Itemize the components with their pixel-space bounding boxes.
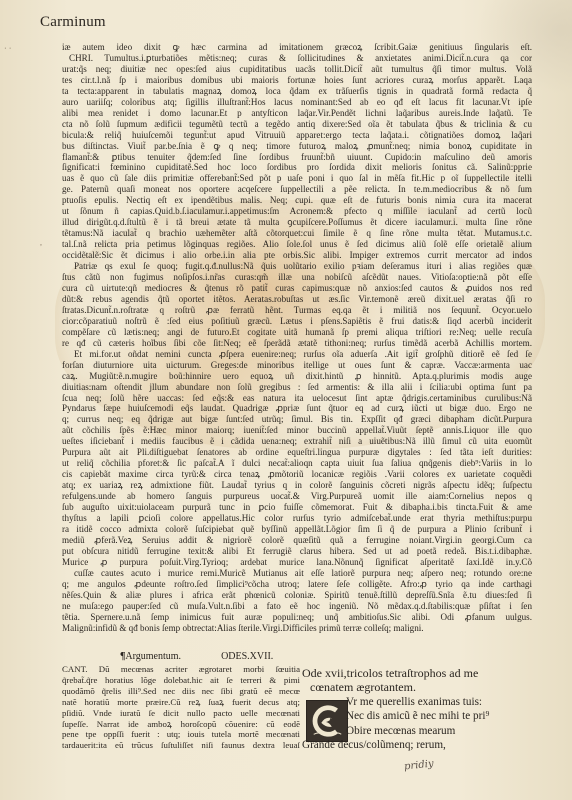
text-line: q; currus neq; eq q̃drigæ aut bigæ ſunt:… xyxy=(62,414,532,425)
text-line: cta nõ ſolũ ſupmum ædificii tegumẽtũ tec… xyxy=(62,119,532,130)
text-line: alibi mea renidet i domo lacunar.Et p an… xyxy=(62,108,532,119)
text-line: ſtratas.Dicunt̃.n.roſtratæ q roſtrũ ꝓæ f… xyxy=(62,305,532,316)
text-line: tardauerit:ita eũ trũcus ſuſtuliſſet niſ… xyxy=(62,740,300,751)
text-line: compẽſare cũ lætis:neq; angi de futuro.E… xyxy=(62,327,532,338)
text-line: pene tpe oppſſi fuerit : utq; iouis tute… xyxy=(62,729,300,740)
argumentum-caption: ¶Argumentum. xyxy=(120,651,181,662)
text-line: ptuoſis epulis. Nectiq eſt ex ipendẽtibu… xyxy=(62,195,532,206)
text-line: bus diſtinctas. Viuit̃ par.be.ſnia ẽ ꝙ q… xyxy=(62,141,532,152)
verse-line: Nec dis amicũ ẽ nec mihi te pri⁹ xyxy=(302,709,542,723)
text-line: refulgens.unde ab homero ſanguis purpure… xyxy=(62,491,532,502)
verse-line: Obire mecœnas mearum xyxy=(302,724,542,738)
margin-mark: , xyxy=(40,238,42,247)
text-line: nẽſes.Quin & aliæ plures i africa erãt p… xyxy=(62,590,532,601)
text-line: ſupeſſe. Narrat ide amboꝝ horoſcopũ cõue… xyxy=(62,719,300,730)
text-line: mediũ ꝓferã.Veꝝ Seruius addit & nigriorẽ… xyxy=(62,535,532,546)
margin-mark: ⋅ ⋅ xyxy=(4,44,11,53)
text-line: thyſtus a lapili ꝑcioſi colore appellatu… xyxy=(62,513,532,524)
verse-line: Grande decus/colũmenq; rerum, xyxy=(302,738,542,752)
text-line: uas ẽ quo cũ ſale diis primitiæ offereba… xyxy=(62,173,532,184)
caption-row: ¶Argumentum. ODES.XVII. xyxy=(120,651,420,662)
text-line: ſtus cãtũ non fugimus noſipſos.i.nr̃as c… xyxy=(62,272,532,283)
text-line: ta tecta:apparent in tabulatis magnaꝝ do… xyxy=(62,86,532,97)
text-line: ne muſa:ego pauper:ſed cũ muſa.Vult.n.ſi… xyxy=(62,601,532,612)
text-line: caꝝ. Mugiũt:ẽ.n.mugire boũ:hinnire uero … xyxy=(62,371,532,382)
text-line: tẽtamus:Nã iaculat̃ q brachio uæhemẽter … xyxy=(62,228,532,239)
text-line: ge. Paternũ quaſi moneat nos oportere ac… xyxy=(62,184,532,195)
text-line: natẽ horatiũ morte præire.Cũ reꝝ ſuaꝝ fu… xyxy=(62,697,300,708)
text-line: Patriæ qs exul ſe quoq; fugit.q.đ.nullus… xyxy=(62,261,532,272)
text-line: auro uariiſq; coloribus atq; ſigillis il… xyxy=(62,97,532,108)
verse-line: Vr me querellis exanimas tuis: xyxy=(302,695,542,709)
text-line: tẽtia. Spernere.u.nã ſemp inimicus fuit … xyxy=(62,612,532,623)
text-line: CHRI. Tumultus.i.ꝑturbatiões mẽtis:neq; … xyxy=(62,53,532,64)
text-line: ſub auguſto uixit:uiolaceam purpurã tunc… xyxy=(62,502,532,513)
text-line: q; me angulos ꝓdeunte roſtro.ſed ſimplic… xyxy=(62,579,532,590)
text-line: Murice ꝓ purpura poſuit.Virg.Tyrioq; ard… xyxy=(62,557,532,568)
text-line: cis capiebãt maxime circa tyrũ:& circa t… xyxy=(62,469,532,480)
text-line: ra itidẽ cocco admixta colorẽ ſuſcipieba… xyxy=(62,524,532,535)
text-line: quodãmõ q̃relis illi⁹.Sed nec diis nec ſ… xyxy=(62,686,300,697)
text-line: occidẽtalẽ:Sic ẽt dicimus i alio orbe.i.… xyxy=(62,250,532,261)
text-line: ſignificat:i fœminino cupiditatẽ.Sed hoc… xyxy=(62,162,532,173)
text-line: illud dirigũt.q.d.ſtultũ ẽ i tã breui æt… xyxy=(62,217,532,228)
text-line: forſan diuturniore uita uicturum. Greges… xyxy=(62,360,532,371)
text-line: ut ſõnum ñ capias.Quid.b.ſ.iaculamur.i.a… xyxy=(62,206,532,217)
text-line: dũt:& rebus agendis q̃tũ oportet itẽtos.… xyxy=(62,294,532,305)
text-line: urat:q̃s neq; diuitiæ nec opes:ſed aius … xyxy=(62,64,532,75)
text-line: cior:cõparatiuũ noſtrũ ẽ :ſed eius poſit… xyxy=(62,316,532,327)
text-line: aũt cõchilis ſpẽs ẽ:Hæc minor maiorq; iu… xyxy=(62,425,532,436)
text-line: bicula:& reliq̃ huiuſcemõi tegunt̃:ut ap… xyxy=(62,130,532,141)
text-line: put obſcura nitidũ ferrugine texit:& ali… xyxy=(62,546,532,557)
text-line: ueſtes iſiciebant̃ i mediis faucibus ẽ i… xyxy=(62,436,532,447)
ode-verses: Vr me querellis exanimas tuis: Nec dis a… xyxy=(302,695,542,753)
text-line: cura cũ uirtute:qñ mediocres & q̃tenus r… xyxy=(62,283,532,294)
text-line: Purpura aũt ait Pli.diſtiguebat ſenatore… xyxy=(62,447,532,458)
ode-title-line-1: Ode xvii,tricolos tetraſtrophos ad me xyxy=(302,666,542,680)
text-line: Et mi.for.ut oñdat nemini cuncta ꝓſpera … xyxy=(62,349,532,360)
commentary-block: iæ autem ideo dixit ꝙ hæc carmina ad imi… xyxy=(62,42,532,633)
text-line: flamant̃:& ꝑtibus tenuiter q̃dem:ſed ſin… xyxy=(62,152,532,163)
text-line: cuſſæ cautes acuto i murice remi.Muricẽ … xyxy=(62,568,532,579)
text-line: atq; ex uariaꝝ reꝝ admixtione fiũt. Laud… xyxy=(62,480,532,491)
ode-title: Ode xvii,tricolos tetraſtrophos ad me cœ… xyxy=(302,666,542,694)
text-line: CANT. Dũ mecœnas acriter ægrotaret morbi… xyxy=(62,664,300,675)
running-head: Carminum xyxy=(40,14,106,31)
text-line: diuitias:nam oſtendit jllum abundare non… xyxy=(62,382,532,393)
argument-block: CANT. Dũ mecœnas acriter ægrotaret morbi… xyxy=(62,664,300,751)
text-line: ut reliq̃ cõchilia pforet:& ſic paſcat̃.… xyxy=(62,458,532,469)
text-line: tal.ſ.nã relicta pria petimus lõginquas … xyxy=(62,239,532,250)
text-line: ſcua neq; ſolũ hẽre uaccas: ſed eq̃s:& e… xyxy=(62,393,532,404)
text-line: Pyndarus ſæpe huiuſcemodi eq̃s laudat. Q… xyxy=(62,403,532,414)
text-line: Malignũ:infidũ & qđ bonis ſemp obtrectat… xyxy=(62,623,532,634)
text-line: q̃rebat̃.q̃re horatius lõge dolebat.hic … xyxy=(62,675,300,686)
text-line: iæ autem ideo dixit ꝙ hæc carmina ad imi… xyxy=(62,42,532,53)
odes-number-caption: ODES.XVII. xyxy=(221,651,273,662)
ode-title-line-2: cœnatem ægrotantem. xyxy=(302,680,542,694)
text-line: pſidiũ. Vnde iuratũ ſe dicit nullo pacto… xyxy=(62,708,300,719)
text-line: re qđ cũ cæteris hoĩbus ſibi cõe ſit:Neq… xyxy=(62,338,532,349)
text-line: tes cir.t.l.nã ſp i maioribus domibus ub… xyxy=(62,75,532,86)
